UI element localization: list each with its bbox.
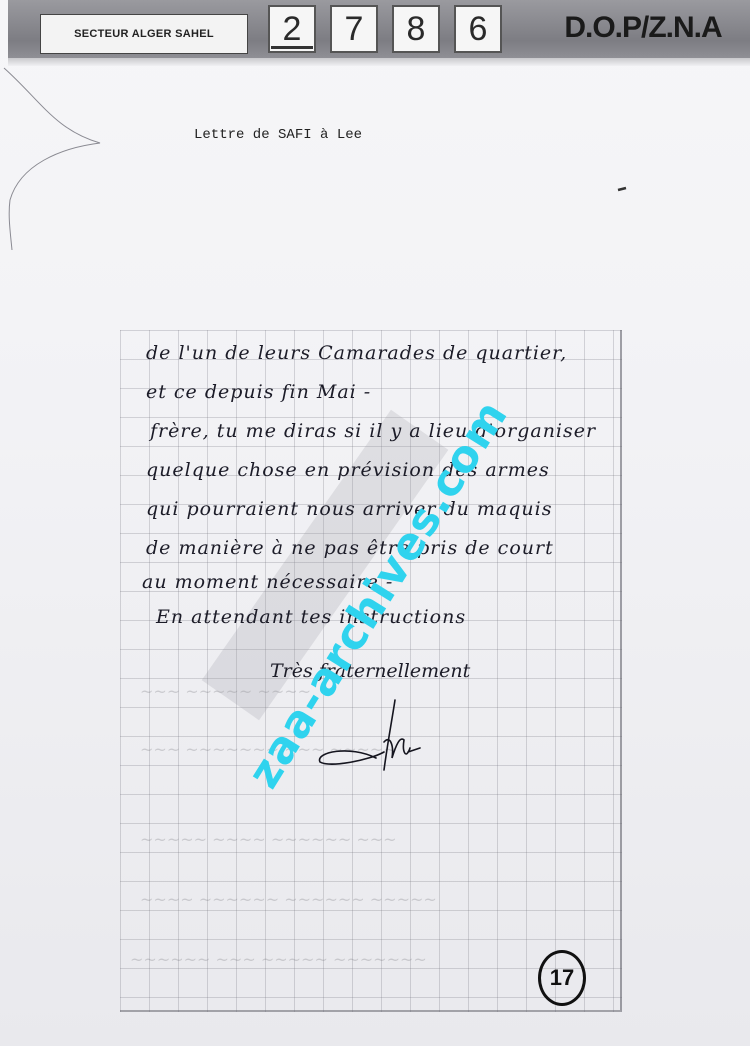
signature (0, 0, 750, 1046)
document-page: SECTEUR ALGER SAHEL 2 7 8 6 D.O.P/Z.N.A … (0, 0, 750, 1046)
page-number-stamp: 17 (538, 950, 586, 1006)
